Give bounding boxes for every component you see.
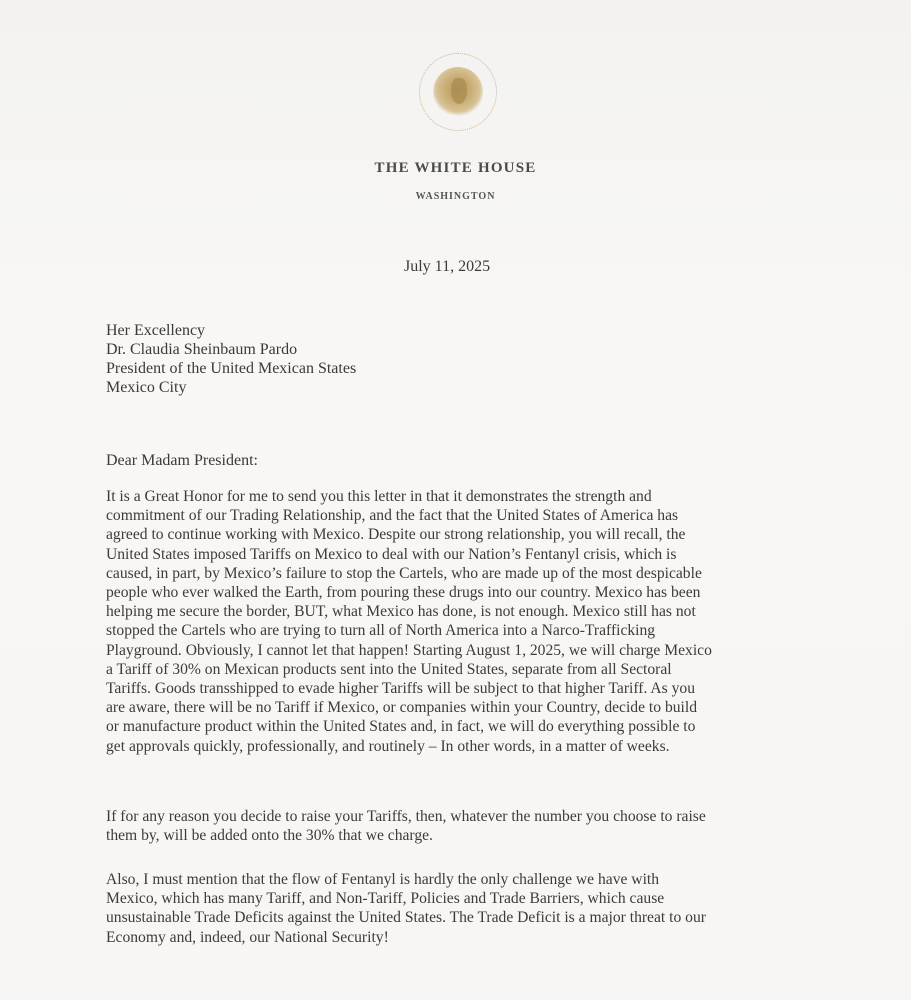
paragraph-line: If for any reason you decide to raise yo… — [106, 807, 806, 826]
paragraph-line: commitment of our Trading Relationship, … — [106, 506, 806, 525]
paragraph-line: caused, in part, by Mexico’s failure to … — [106, 564, 806, 583]
paragraph-line: them by, will be added onto the 30% that… — [106, 826, 806, 845]
paragraph-line: or manufacture product within the United… — [106, 717, 806, 736]
paragraph-line: helping me secure the border, BUT, what … — [106, 602, 806, 621]
paragraph-line: Also, I must mention that the flow of Fe… — [106, 870, 806, 889]
paragraph-line: are aware, there will be no Tariff if Me… — [106, 698, 806, 717]
recipient-line: Mexico City — [106, 378, 356, 397]
paragraph-line: get approvals quickly, professionally, a… — [106, 737, 806, 756]
letter-page: THE WHITE HOUSE WASHINGTON July 11, 2025… — [0, 0, 911, 1000]
paragraph-line: Playground. Obviously, I cannot let that… — [106, 641, 806, 660]
paragraph-2: If for any reason you decide to raise yo… — [106, 807, 806, 845]
salutation: Dear Madam President: — [106, 452, 258, 470]
paragraph-line: It is a Great Honor for me to send you t… — [106, 487, 806, 506]
paragraph-1: It is a Great Honor for me to send you t… — [106, 487, 806, 756]
presidential-seal-icon — [419, 53, 497, 131]
paragraph-line: unsustainable Trade Deficits against the… — [106, 908, 806, 927]
paragraph-line: United States imposed Tariffs on Mexico … — [106, 545, 806, 564]
paragraph-line: people who ever walked the Earth, from p… — [106, 583, 806, 602]
paragraph-3: Also, I must mention that the flow of Fe… — [106, 870, 806, 947]
recipient-line: Dr. Claudia Sheinbaum Pardo — [106, 340, 356, 359]
recipient-line: Her Excellency — [106, 321, 356, 340]
paragraph-line: Tariffs. Goods transshipped to evade hig… — [106, 679, 806, 698]
letterhead-subtitle: WASHINGTON — [0, 191, 911, 202]
paragraph-line: Mexico, which has many Tariff, and Non-T… — [106, 889, 806, 908]
letter-date: July 11, 2025 — [404, 258, 490, 276]
recipient-line: President of the United Mexican States — [106, 359, 356, 378]
paragraph-line: stopped the Cartels who are trying to tu… — [106, 621, 806, 640]
paragraph-line: agreed to continue working with Mexico. … — [106, 525, 806, 544]
recipient-address: Her Excellency Dr. Claudia Sheinbaum Par… — [106, 321, 356, 397]
paragraph-line: a Tariff of 30% on Mexican products sent… — [106, 660, 806, 679]
paragraph-line: Economy and, indeed, our National Securi… — [106, 928, 806, 947]
letterhead-title: THE WHITE HOUSE — [0, 160, 911, 177]
